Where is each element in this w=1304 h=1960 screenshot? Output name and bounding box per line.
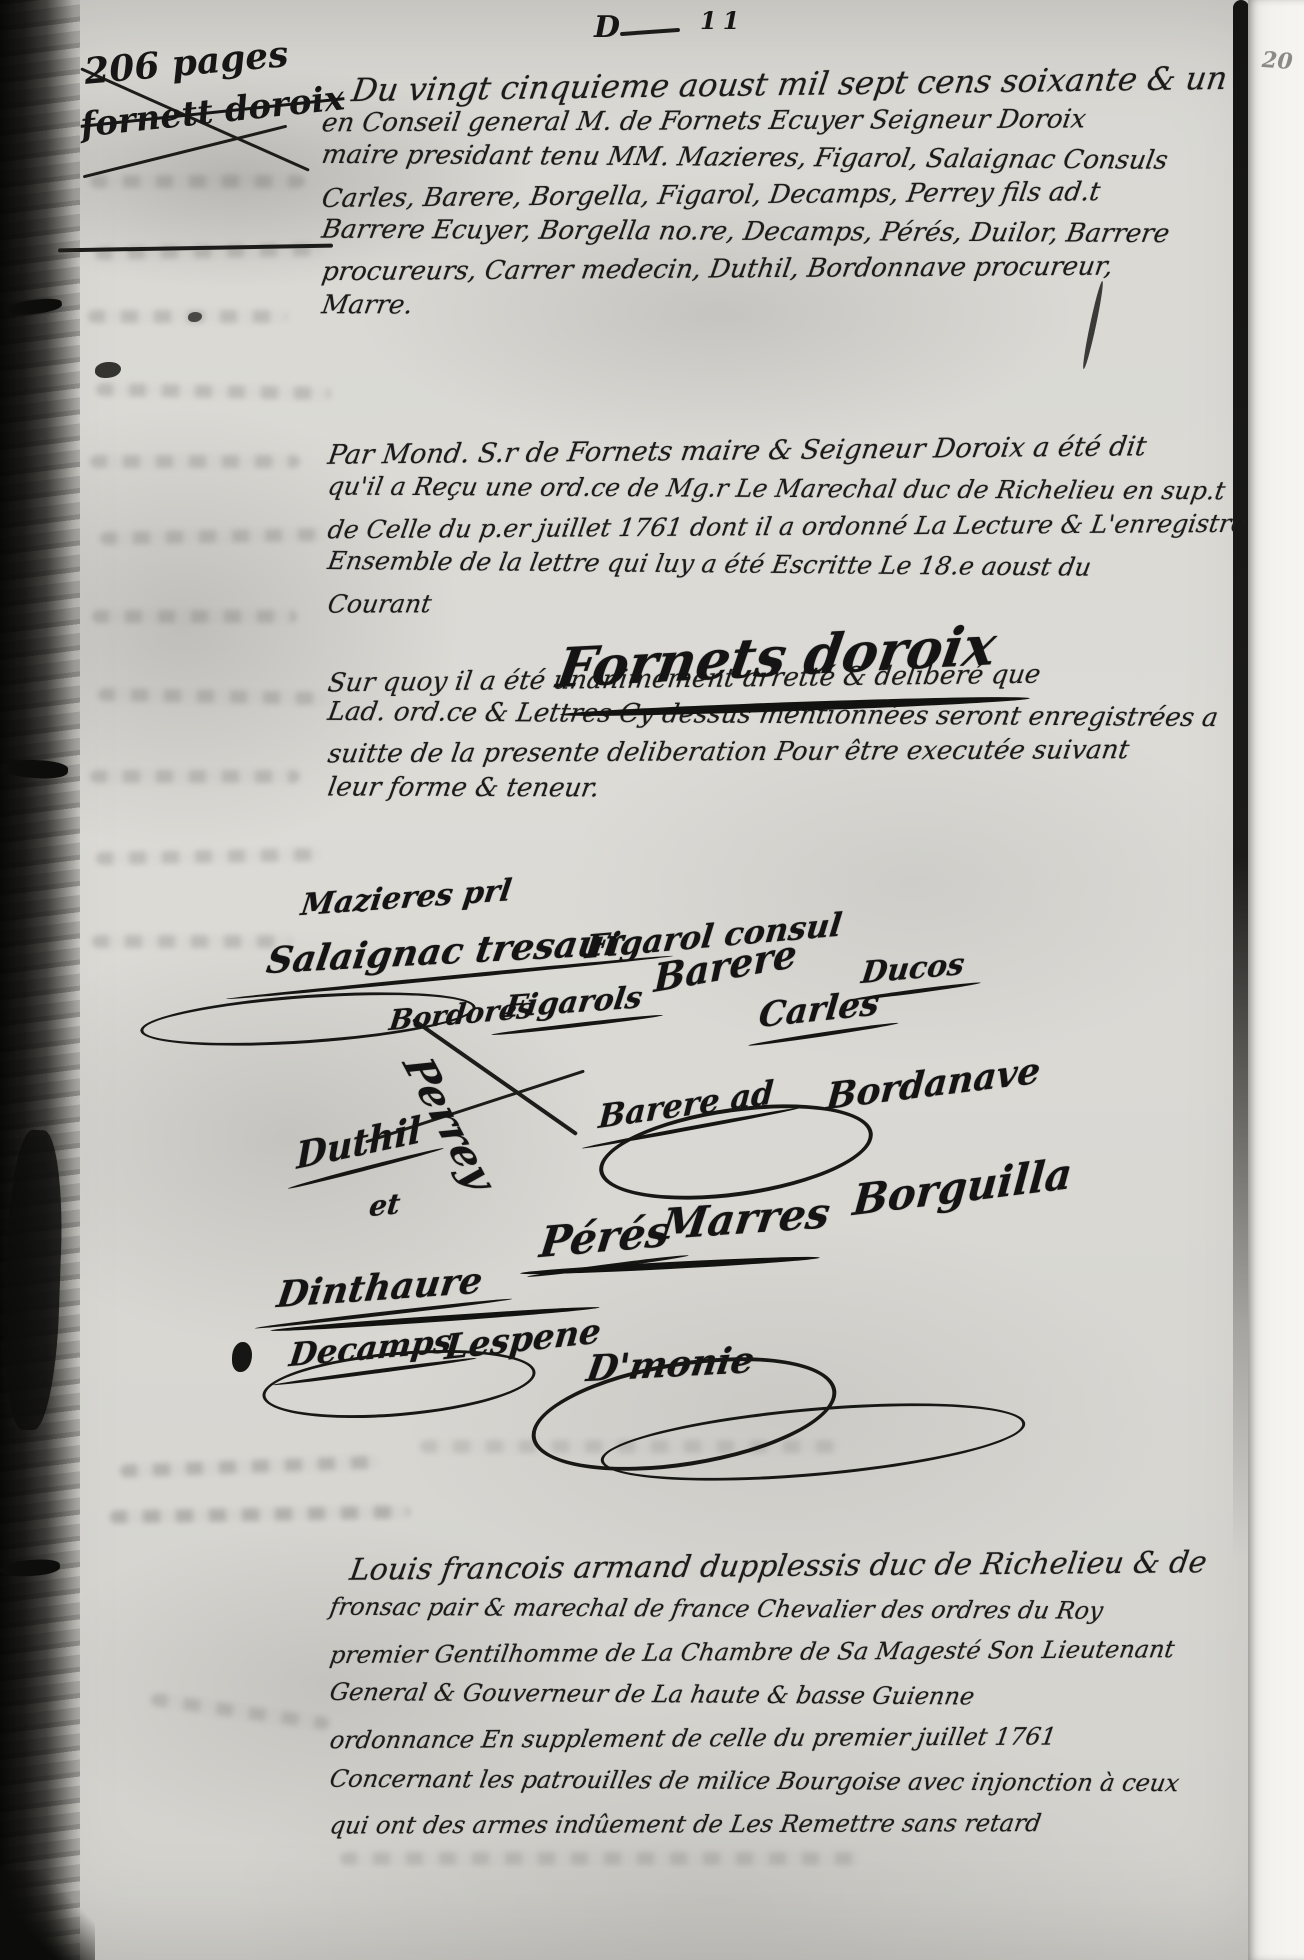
book-binding-edge bbox=[0, 0, 80, 1960]
manuscript-line: fronsac pair & marechal de france Cheval… bbox=[330, 1586, 1207, 1634]
paragraph-session-opening: Du vingt cinquieme aoust mil sept cens s… bbox=[322, 66, 1227, 325]
pages-count-note: 206 pages bbox=[83, 33, 290, 93]
pen-stroke bbox=[620, 28, 680, 36]
next-page-number: 20 bbox=[1261, 47, 1293, 75]
manuscript-line: qui ont des armes indûement de Les Remet… bbox=[330, 1801, 1207, 1847]
manuscript-line: Courant bbox=[328, 582, 1246, 623]
signature-borguilla: Borguilla bbox=[850, 1149, 1075, 1225]
top-margin-mark-right: 11 bbox=[700, 6, 745, 35]
ink-blot bbox=[232, 1342, 252, 1372]
bleed-through bbox=[90, 770, 300, 783]
signature-salaignac-tresaur: Salaignac tresaur bbox=[266, 921, 624, 982]
manuscript-line: procureurs, Carrer medecin, Duthil, Bord… bbox=[322, 248, 1227, 291]
paragraph-mayor-report: Par Mond. S.r de Fornets maire & Seigneu… bbox=[328, 432, 1246, 622]
manuscript-line: ordonnance En supplement de celle du pre… bbox=[330, 1715, 1207, 1763]
bleed-through bbox=[100, 528, 325, 545]
manuscript-line: suitte de la presente deliberation Pour … bbox=[328, 732, 1218, 774]
manuscript-line: Louis francois armand dupplessis duc de … bbox=[350, 1541, 1207, 1591]
manuscript-line: en Conseil general M. de Fornets Ecuyer … bbox=[322, 101, 1227, 143]
paragraph-richelieu-ordinance: Louis francois armand dupplessis duc de … bbox=[330, 1545, 1207, 1846]
signature-ducos: Ducos bbox=[860, 947, 966, 991]
top-margin-mark: D bbox=[594, 10, 620, 45]
page-gutter-crease bbox=[1233, 0, 1249, 1560]
signature-dinthaure: Dinthaure bbox=[276, 1260, 484, 1316]
bleed-through bbox=[92, 935, 292, 948]
bleed-through bbox=[96, 383, 331, 400]
manuscript-line: Carles, Barere, Borgella, Figarol, Decam… bbox=[322, 173, 1227, 218]
bleed-through bbox=[90, 175, 305, 188]
manuscript-line: qu'il a Reçu une ord.ce de Mg.r Le Marec… bbox=[328, 468, 1246, 511]
manuscript-line: leur forme & teneur. bbox=[328, 769, 1218, 809]
manuscript-line: premier Gentilhomme de La Chambre de Sa … bbox=[330, 1628, 1207, 1677]
bleed-through bbox=[150, 1693, 330, 1731]
signature-p-r-s: Pérés bbox=[538, 1207, 671, 1267]
bleed-through bbox=[110, 1505, 410, 1523]
manuscript-line: Lad. ord.ce & Lettres Cy dessus mentionn… bbox=[328, 694, 1218, 737]
bleed-through bbox=[92, 610, 297, 623]
manuscript-line: Ensemble de la lettre qui luy a été Escr… bbox=[328, 542, 1246, 588]
bleed-through bbox=[96, 848, 321, 865]
signature-mazieres-prl: Mazieres prl bbox=[300, 873, 513, 923]
bottom-left-corner-shadow bbox=[0, 1870, 95, 1960]
bleed-through bbox=[120, 1455, 380, 1477]
signature-bordanave: Bordanave bbox=[824, 1050, 1043, 1118]
manuscript-page: D 11 20 206 pages fornett doroix Du ving… bbox=[0, 0, 1304, 1960]
signature-et: et bbox=[368, 1187, 402, 1223]
next-page-sliver bbox=[1248, 0, 1304, 1960]
signature-duthil: Duthil bbox=[292, 1109, 425, 1177]
manuscript-line: Concernant les patrouilles de milice Bou… bbox=[330, 1758, 1207, 1806]
bleed-through bbox=[340, 1852, 860, 1865]
signature-flourish-loop bbox=[139, 983, 478, 1054]
bleed-through bbox=[98, 688, 328, 705]
ink-blot bbox=[95, 362, 121, 378]
bleed-through bbox=[90, 455, 300, 468]
signature-carles: Carles bbox=[757, 983, 881, 1035]
manuscript-line: Barrere Ecuyer, Borgella no.re, Decamps,… bbox=[322, 212, 1227, 254]
manuscript-line: General & Gouverneur de La haute & basse… bbox=[330, 1671, 1207, 1720]
